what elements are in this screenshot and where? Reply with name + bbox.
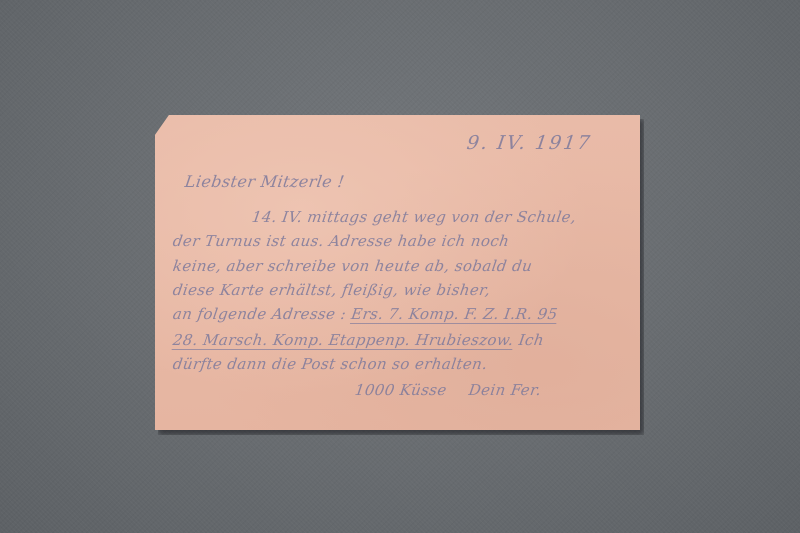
address-suffix: Ich <box>512 331 545 349</box>
postcard-line-7: dürfte dann die Post schon so erhalten. <box>172 355 489 373</box>
postcard-line-1: 14. IV. mittags geht weg von der Schule, <box>251 208 578 226</box>
postcard-line-2: der Turnus ist aus. Adresse habe ich noc… <box>172 232 511 250</box>
closing-signature: Dein Fer. <box>468 381 543 399</box>
postcard-date: 9. IV. 1917 <box>465 132 593 154</box>
postcard-line-3: keine, aber schreibe von heute ab, sobal… <box>172 257 534 275</box>
postcard: 9. IV. 1917 Liebster Mitzerle ! 14. IV. … <box>155 115 640 430</box>
postcard-line-5: an folgende Adresse : Ers. 7. Komp. F. Z… <box>172 305 559 323</box>
closing-kisses: 1000 Küsse <box>354 381 448 399</box>
address-company: 28. Marsch. Komp. Etappenp. Hrubieszow. <box>172 331 515 349</box>
address-prefix: an folgende Adresse : <box>172 305 353 323</box>
postcard-closing: 1000 KüsseDein Fer. <box>354 381 543 399</box>
postcard-greeting: Liebster Mitzerle ! <box>184 172 346 191</box>
postcard-line-4: diese Karte erhältst, fleißig, wie bishe… <box>172 281 492 299</box>
address-unit: Ers. 7. Komp. F. Z. I.R. 95 <box>350 305 559 323</box>
postcard-line-6: 28. Marsch. Komp. Etappenp. Hrubieszow. … <box>172 331 546 349</box>
